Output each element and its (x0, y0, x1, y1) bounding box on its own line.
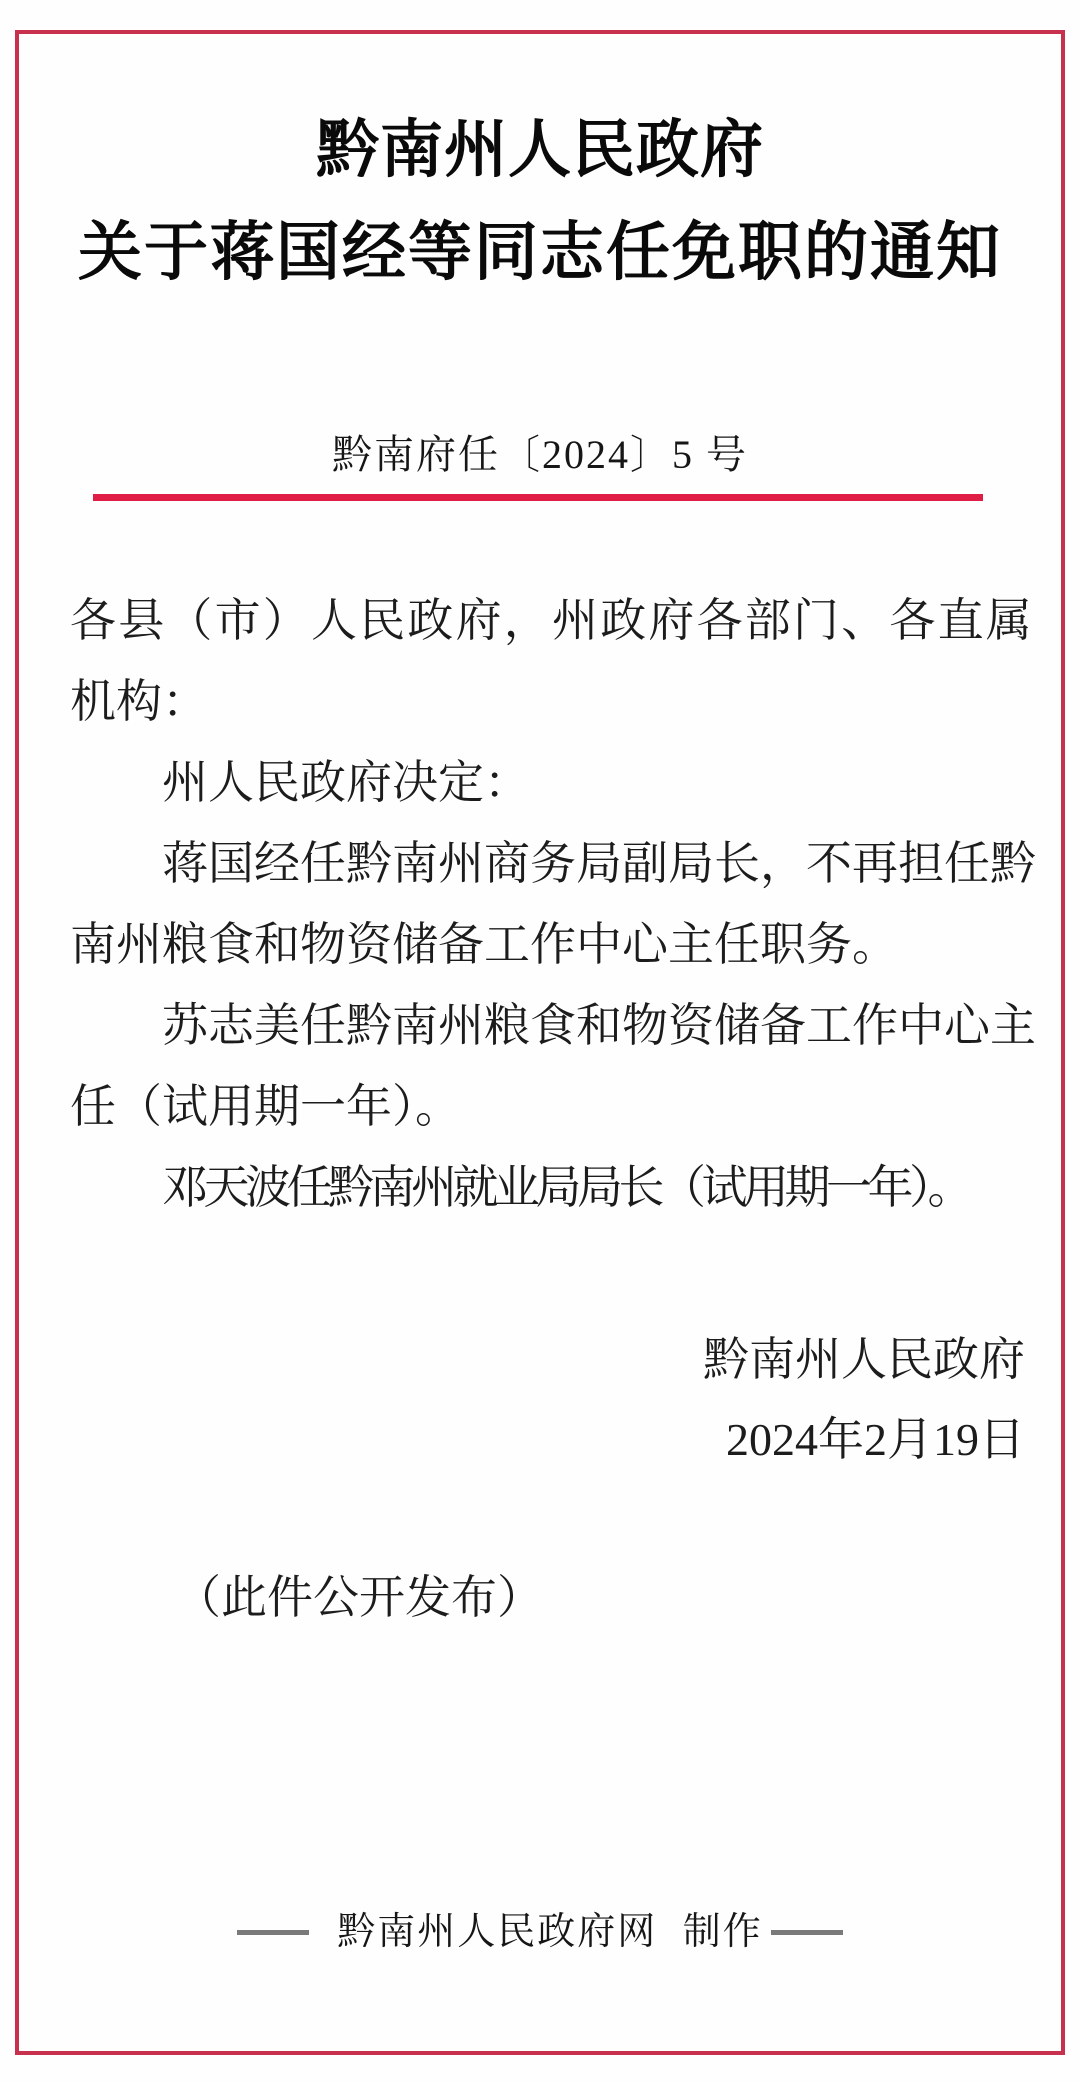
body-line: 州人民政府决定： (70, 742, 1035, 823)
document-page: 黔南州人民政府 关于蒋国经等同志任免职的通知 黔南府任〔2024〕5 号 各县（… (0, 0, 1080, 2082)
body-line: 南州粮食和物资储备工作中心主任职务。 (70, 904, 1035, 985)
issue-date: 2024年2月19日 (703, 1400, 1025, 1480)
body-line: 各县（市）人民政府，州政府各部门、各直属 (70, 580, 1035, 661)
footer: 黔南州人民政府网 制作 (0, 1892, 1080, 1972)
body-line: 机构： (70, 661, 1035, 742)
document-title: 黔南州人民政府 关于蒋国经等同志任免职的通知 (0, 102, 1080, 306)
footer-left-dash (237, 1930, 309, 1935)
body-line: 苏志美任黔南州粮食和物资储备工作中心主 (70, 985, 1035, 1066)
issuing-authority: 黔南州人民政府 (703, 1320, 1025, 1400)
body-line: 邓天波任黔南州就业局局长（试用期一年）。 (70, 1147, 1035, 1228)
signature-block: 黔南州人民政府 2024年2月19日 (703, 1320, 1025, 1480)
footer-producer-text: 黔南州人民政府网 制作 (337, 1910, 763, 1954)
footer-right-dash (771, 1930, 843, 1935)
document-number: 黔南府任〔2024〕5 号 (0, 428, 1080, 482)
public-release-note: （此件公开发布） (175, 1558, 543, 1638)
body-line: 蒋国经任黔南州商务局副局长，不再担任黔 (70, 823, 1035, 904)
red-divider-line (93, 494, 983, 501)
title-line-2: 关于蒋国经等同志任免职的通知 (0, 198, 1080, 306)
document-body: 各县（市）人民政府，州政府各部门、各直属 机构： 州人民政府决定： 蒋国经任黔南… (70, 580, 1035, 1228)
body-line: 任（试用期一年）。 (70, 1066, 1035, 1147)
title-line-1: 黔南州人民政府 (0, 102, 1080, 198)
